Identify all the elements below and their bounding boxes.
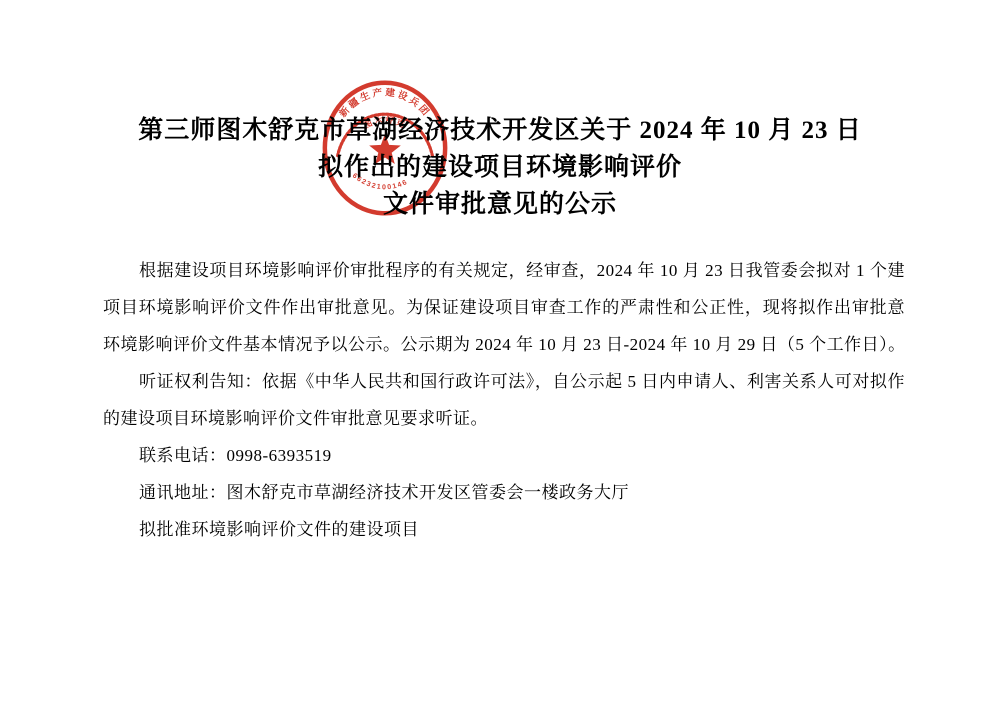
title-line-2: 拟作出的建设项目环境影响评价 [0,149,1000,186]
contact-phone-line: 联系电话：0998-6393519 [103,437,905,474]
paragraph1-line2: 项目环境影响评价文件作出审批意见。为保证建设项目审查工作的严肃性和公正性，现将拟… [103,289,905,326]
document-page: 新疆生产建设兵团 图木舒克 66232100146 第三师图木舒克市草湖经济技术… [0,0,1000,706]
title-line-3: 文件审批意见的公示 [0,186,1000,223]
paragraph1-line1: 根据建设项目环境影响评价审批程序的有关规定，经审查，2024 年 10 月 23… [103,252,905,289]
title-line-1: 第三师图木舒克市草湖经济技术开发区关于 2024 年 10 月 23 日 [0,112,1000,149]
contact-address-line: 通讯地址：图木舒克市草湖经济技术开发区管委会一楼政务大厅 [103,474,905,511]
paragraph2-line1: 听证权利告知：依据《中华人民共和国行政许可法》，自公示起 5 日内申请人、利害关… [103,363,905,400]
document-body: 根据建设项目环境影响评价审批程序的有关规定，经审查，2024 年 10 月 23… [103,252,905,548]
paragraph1-line3: 环境影响评价文件基本情况予以公示。公示期为 2024 年 10 月 23 日-2… [103,326,905,363]
project-list-heading: 拟批准环境影响评价文件的建设项目 [103,511,905,548]
paragraph2-line2: 的建设项目环境影响评价文件审批意见要求听证。 [103,400,905,437]
document-title: 第三师图木舒克市草湖经济技术开发区关于 2024 年 10 月 23 日 拟作出… [0,112,1000,223]
